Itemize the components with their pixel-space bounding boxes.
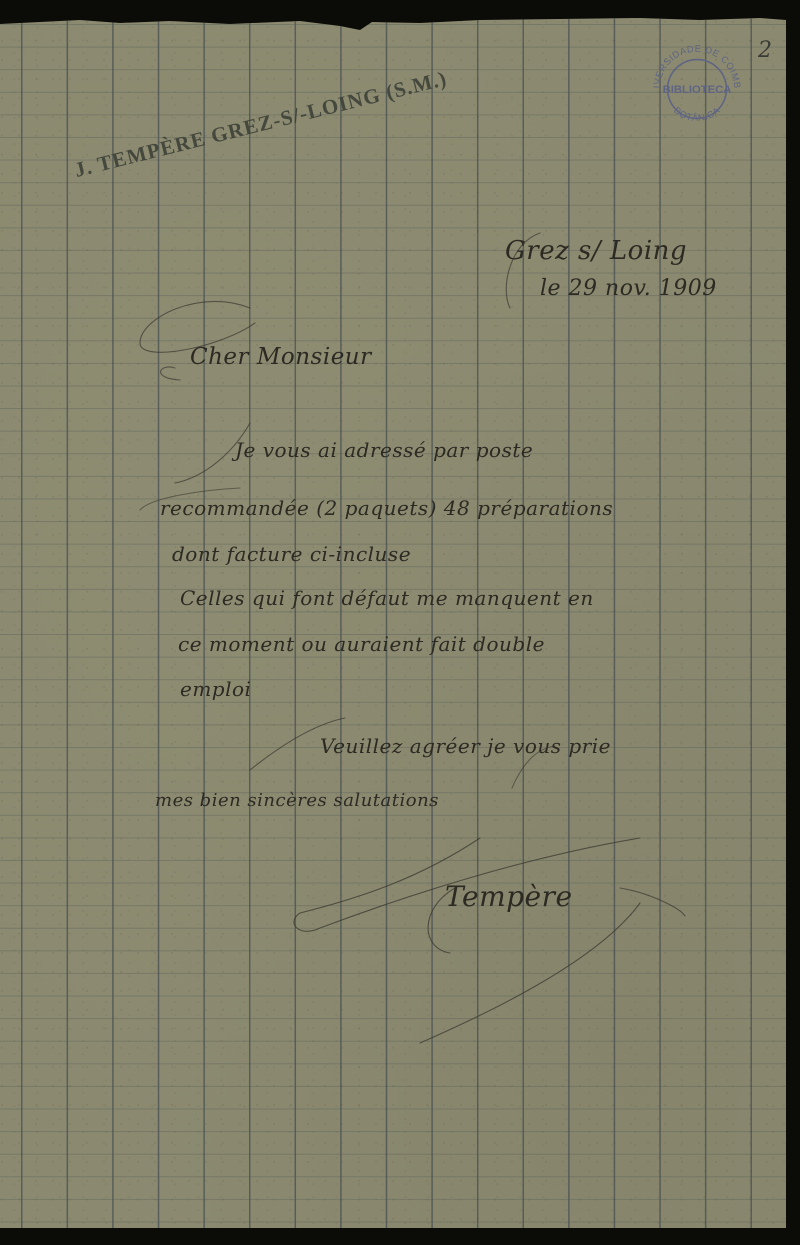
body-line-2: recommandée (2 paquets) 48 préparations (160, 496, 613, 520)
body-line-6: emploi (180, 677, 251, 701)
body-line-4: Celles qui font défaut me manquent en (180, 586, 594, 610)
library-stamp-center-text: BIBLIOTECA (663, 84, 732, 96)
body-line-3: dont facture ci-incluse (172, 542, 411, 566)
closing-line-1: Veuillez agréer je vous prie (320, 734, 611, 758)
letter-place: Grez s/ Loing (505, 236, 687, 266)
library-stamp-seal-icon: UNIVERSIDADE DE COIMBRA BIBLIOTECA BOTÂN… (648, 38, 746, 136)
handwriting-flourishes (0, 18, 786, 1228)
body-line-5: ce moment ou auraient fait double (178, 632, 545, 656)
signature: Tempère (445, 880, 573, 913)
library-stamp-bottom-text: BOTÂNICA (672, 105, 722, 123)
letter-salutation: Cher Monsieur (190, 344, 372, 370)
letterhead-stamp: J. TEMPÈRE GREZ-S/-LOING (S.M.) (72, 66, 450, 183)
page-number: 2 (758, 38, 772, 63)
svg-text:BOTÂNICA: BOTÂNICA (672, 105, 722, 123)
paper-texture (0, 18, 786, 1228)
body-line-1: Je vous ai adressé par poste (235, 438, 533, 462)
letter-date: le 29 nov. 1909 (540, 276, 717, 301)
closing-line-2: mes bien sincères salutations (155, 790, 439, 811)
library-stamp: UNIVERSIDADE DE COIMBRA BIBLIOTECA BOTÂN… (648, 38, 746, 136)
letter-paper: J. TEMPÈRE GREZ-S/-LOING (S.M.) UNIVERSI… (0, 18, 786, 1228)
